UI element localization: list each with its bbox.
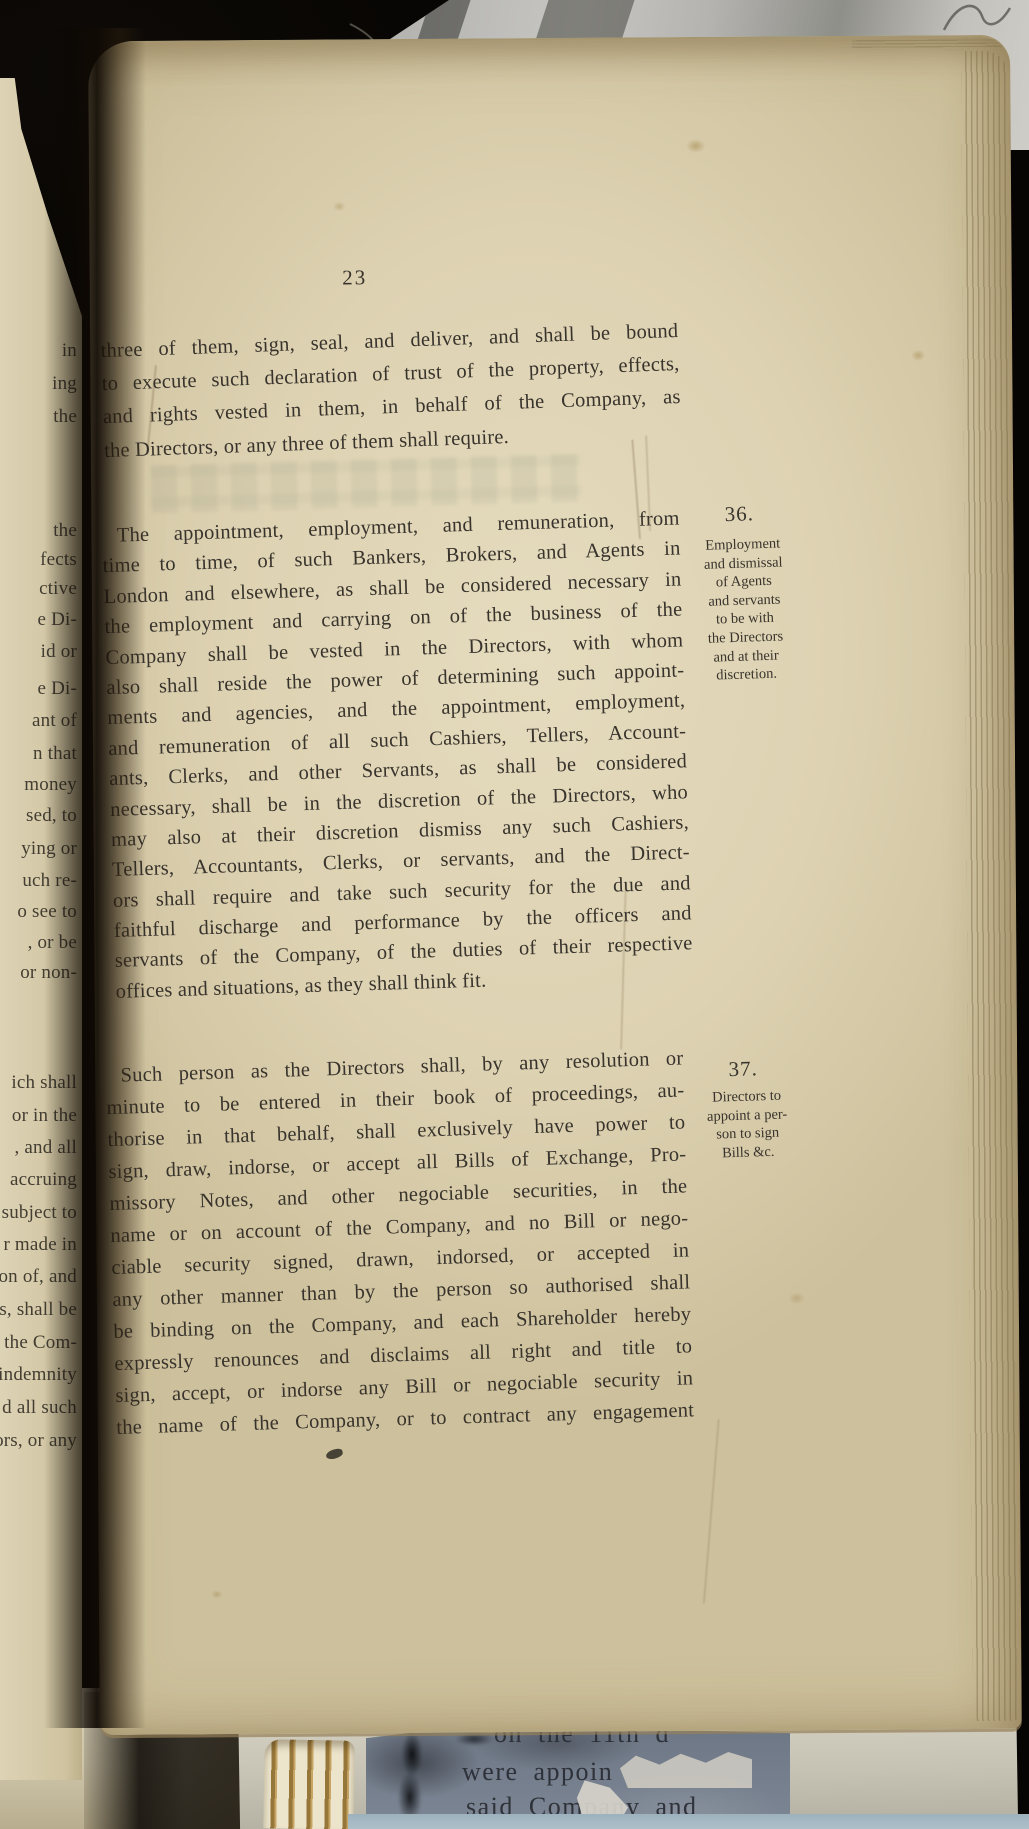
margin-note-37: Directors toappoint a per-son to signBil… — [687, 1086, 807, 1164]
margin-note-line: Bills &c. — [689, 1142, 807, 1164]
page-stack-top-edge — [852, 39, 1002, 50]
continuation-paragraph: three of them, sign, seal, and deliver, … — [100, 315, 682, 468]
section-number-37: 37. — [687, 1055, 800, 1083]
section-37-body: Such person as the Directors shall, by a… — [105, 1042, 694, 1443]
book-page: 23 three of them, sign, seal, and delive… — [88, 35, 1022, 1735]
striped-book-edge — [263, 1739, 355, 1829]
ink-smudge — [390, 1730, 434, 1826]
section-number-36: 36. — [683, 500, 796, 528]
blue-table-band — [348, 1814, 1029, 1829]
page-stack-fore-edge — [961, 51, 1021, 1721]
ink-blot — [325, 1448, 344, 1461]
page-number: 23 — [320, 265, 390, 290]
margin-note-line: discretion. — [687, 664, 805, 686]
book-photo-scene: on the 11th d were appoin said Company a… — [0, 0, 1029, 1829]
paper-crease — [703, 1419, 720, 1604]
margin-note-36: Employmentand dismissalof Agentsand serv… — [684, 534, 806, 686]
section-36-body: The appointment, employment, and remuner… — [101, 503, 694, 1007]
torn-paper-patch — [620, 1752, 752, 1788]
facing-page-sliver — [0, 78, 82, 1780]
